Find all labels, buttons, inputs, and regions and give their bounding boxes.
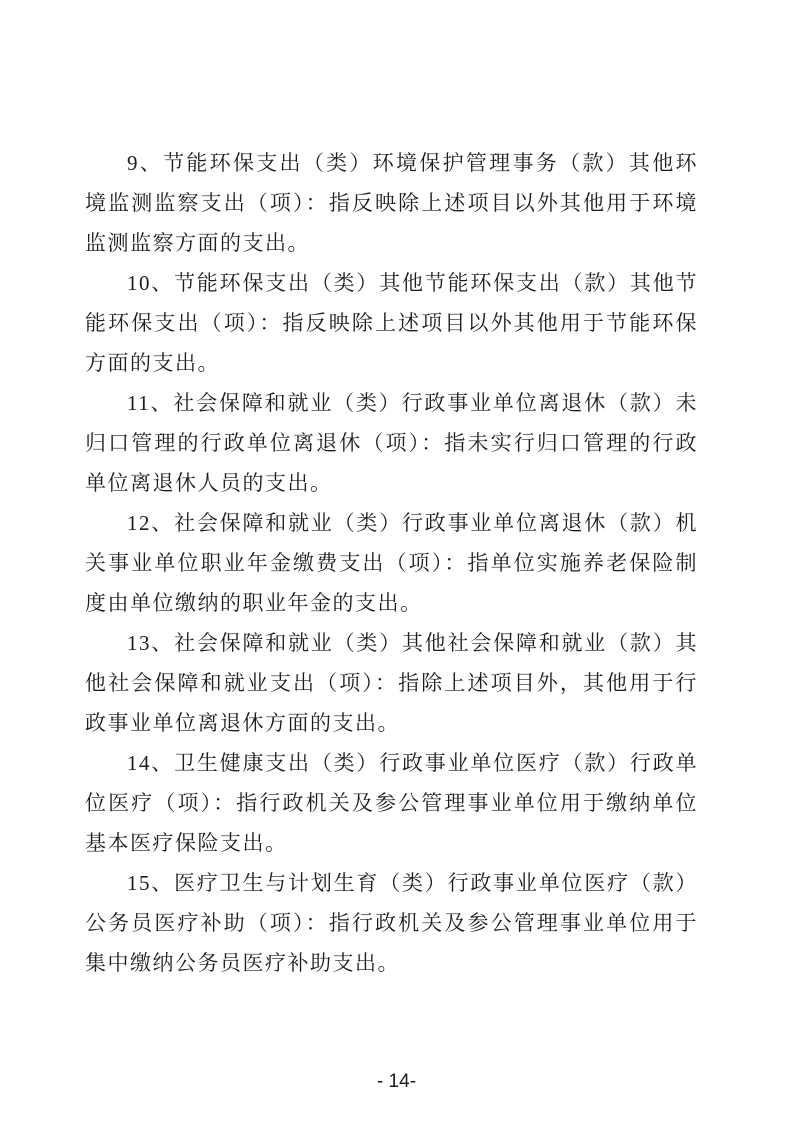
- paragraph-item-9: 9、节能环保支出（类）环境保护管理事务（款）其他环境监测监察支出（项）：指反映除…: [85, 143, 698, 263]
- paragraph-item-10: 10、节能环保支出（类）其他节能环保支出（款）其他节能环保支出（项）：指反映除上…: [85, 263, 698, 383]
- document-body: 9、节能环保支出（类）环境保护管理事务（款）其他环境监测监察支出（项）：指反映除…: [85, 143, 698, 983]
- page-number: - 14-: [0, 1068, 793, 1096]
- paragraph-item-14: 14、卫生健康支出（类）行政事业单位医疗（款）行政单位医疗（项）：指行政机关及参…: [85, 743, 698, 863]
- paragraph-item-13: 13、社会保障和就业（类）其他社会保障和就业（款）其他社会保障和就业支出（项）：…: [85, 623, 698, 743]
- paragraph-item-15: 15、医疗卫生与计划生育（类）行政事业单位医疗（款）公务员医疗补助（项）：指行政…: [85, 863, 698, 983]
- paragraph-item-12: 12、社会保障和就业（类）行政事业单位离退休（款）机关事业单位职业年金缴费支出（…: [85, 503, 698, 623]
- document-page: 9、节能环保支出（类）环境保护管理事务（款）其他环境监测监察支出（项）：指反映除…: [0, 0, 793, 1122]
- paragraph-item-11: 11、社会保障和就业（类）行政事业单位离退休（款）未归口管理的行政单位离退休（项…: [85, 383, 698, 503]
